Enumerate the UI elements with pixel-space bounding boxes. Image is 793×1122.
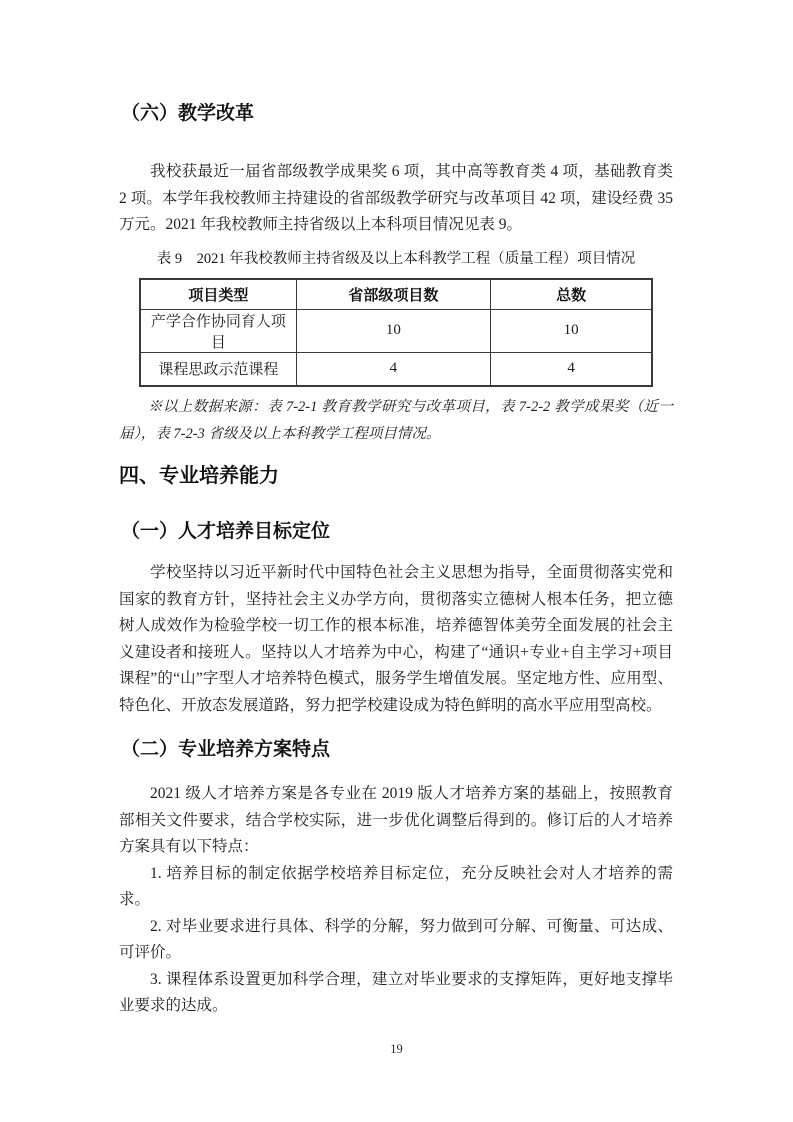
table-header-total: 总数 [491,279,652,310]
cell-total: 4 [491,352,652,386]
page-number: 19 [0,1040,793,1058]
table-header-provincial-count: 省部级项目数 [296,279,491,310]
table-row: 产学合作协同育人项目 10 10 [140,309,652,352]
table-header-row: 项目类型 省部级项目数 总数 [140,279,652,310]
paragraph-teaching-reform: 我校获最近一届省部级教学成果奖 6 项，其中高等教育类 4 项，基础教育类 2 … [119,159,673,239]
plan-feature-point-3: 3. 课程体系设置更加科学合理，建立对毕业要求的支撑矩阵，更好地支撑毕业要求的达… [119,967,673,1020]
plan-feature-point-2: 2. 对毕业要求进行具体、科学的分解，努力做到可分解、可衡量、可达成、可评价。 [119,914,673,967]
cell-provincial-count: 10 [296,309,491,352]
cell-project-type: 产学合作协同育人项目 [140,309,296,352]
paragraph-target-positioning: 学校坚持以习近平新时代中国特色社会主义思想为指导，全面贯彻落实党和国家的教育方针… [119,560,673,719]
subsection-heading-plan-features: （二）专业培养方案特点 [121,736,673,763]
cell-total: 10 [491,309,652,352]
plan-feature-point-1: 1. 培养目标的制定依据学校培养目标定位，充分反映社会对人才培养的需求。 [119,861,673,914]
paragraph-plan-features: 2021 级人才培养方案是各专业在 2019 版人才培养方案的基础上，按照教育部… [119,781,673,861]
cell-provincial-count: 4 [296,352,491,386]
section-heading-teaching-reform: （六）教学改革 [121,100,673,127]
page-content: （六）教学改革 我校获最近一届省部级教学成果奖 6 项，其中高等教育类 4 项，… [119,0,673,1020]
table9-source-note: ※以上数据来源：表 7-2-1 教育教学研究与改革项目，表 7-2-2 教学成果… [119,394,673,448]
cell-project-type: 课程思政示范课程 [140,352,296,386]
document-page: （六）教学改革 我校获最近一届省部级教学成果奖 6 项，其中高等教育类 4 项，… [0,0,793,1122]
table9: 项目类型 省部级项目数 总数 产学合作协同育人项目 10 10 课程思政示范课程… [139,278,653,387]
section-heading-training-ability: 四、专业培养能力 [119,462,673,490]
subsection-heading-target-positioning: （一）人才培养目标定位 [121,518,673,545]
table-header-project-type: 项目类型 [140,279,296,310]
table9-caption: 表 9 2021 年我校教师主持省级及以上本科教学工程（质量工程）项目情况 [119,248,673,270]
table-row: 课程思政示范课程 4 4 [140,352,652,386]
